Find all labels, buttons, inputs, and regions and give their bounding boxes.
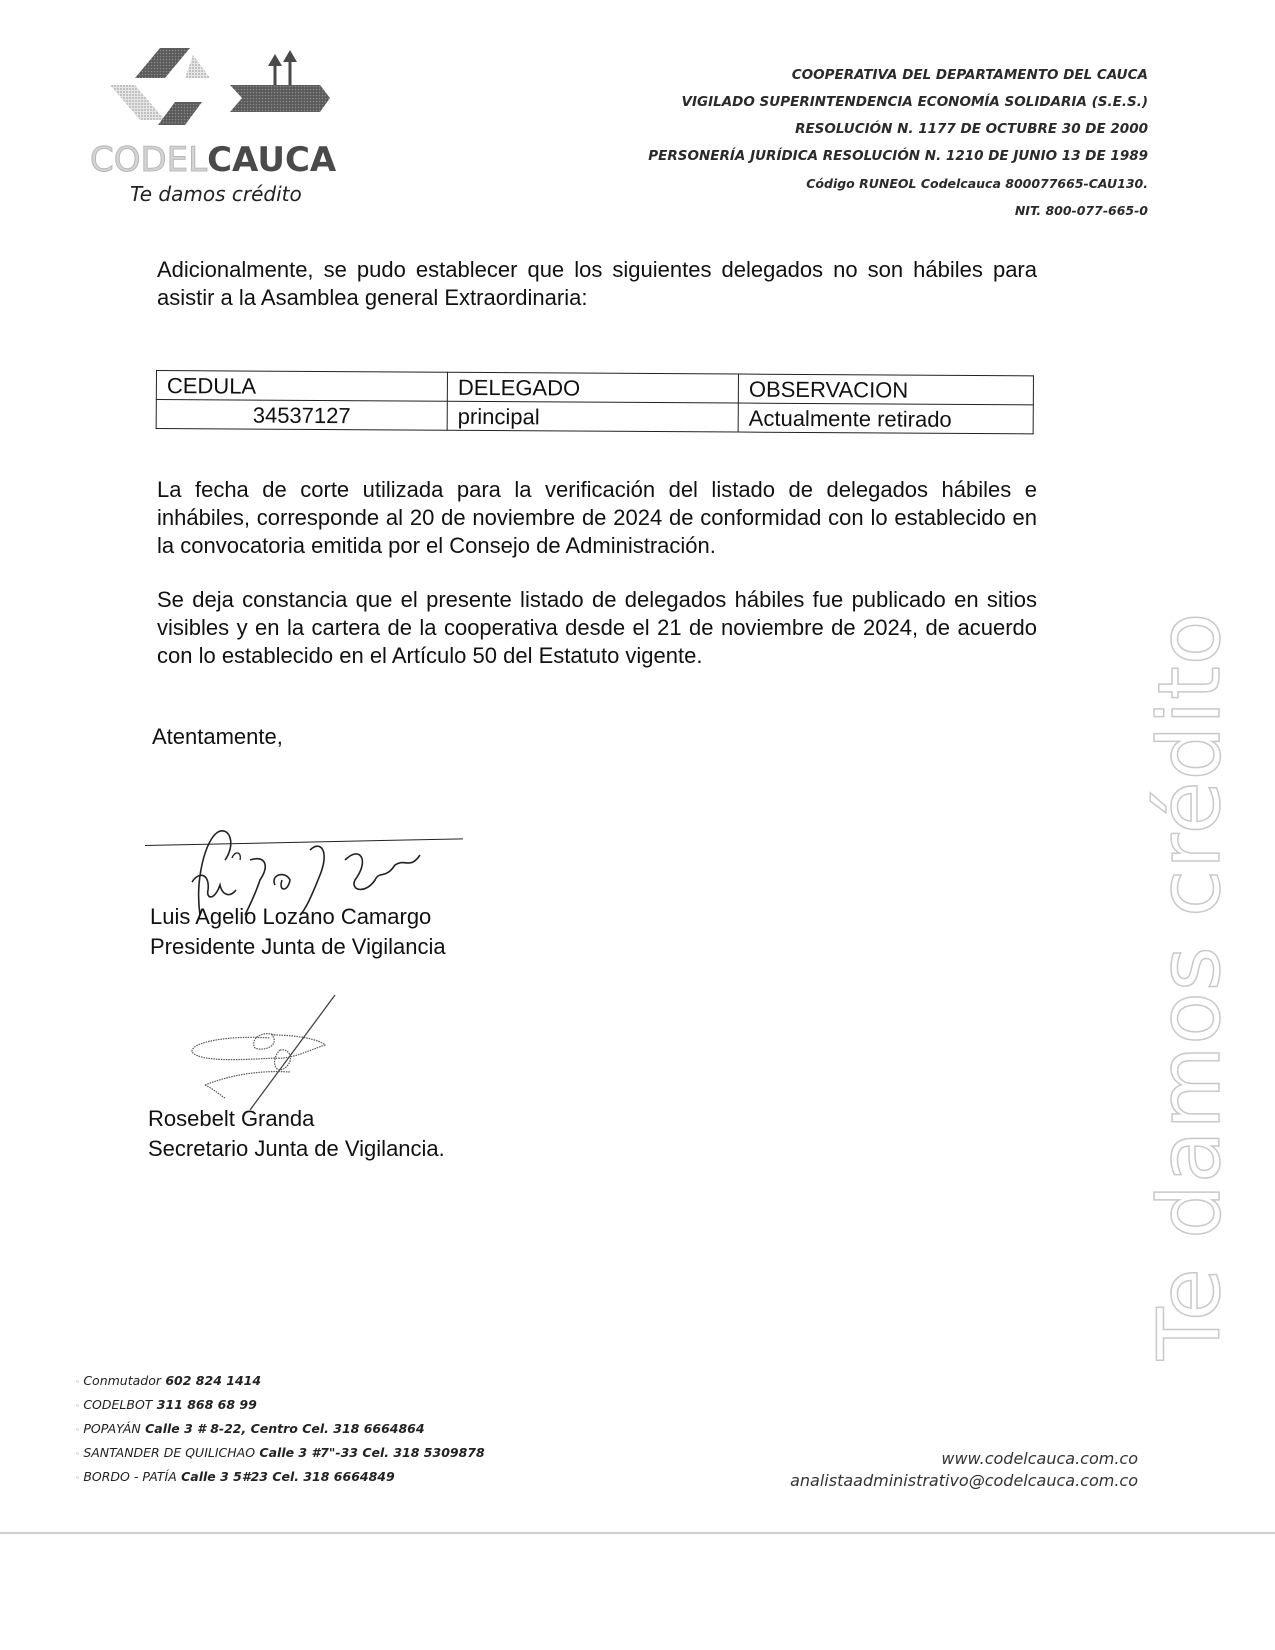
bullet-icon: ◦ [75,1378,80,1388]
signature-secretary-icon [180,990,380,1110]
signer-role: Presidente Junta de Vigilancia [150,932,446,962]
contact-item: ◦POPAYÁN Calle 3 # 8-22, Centro Cel. 318… [75,1418,485,1442]
logo-tagline: Te damos crédito [130,182,302,206]
cell-cedula: 34537127 [156,400,447,431]
column-header-delegado: DELEGADO [447,372,738,403]
intro-paragraph: Adicionalmente, se pudo establecer que l… [157,256,1037,312]
contact-label: BORDO - PATÍA [83,1469,176,1484]
footer-web-contact: www.codelcauca.com.co analistaadministra… [790,1448,1138,1492]
contact-label: SANTANDER DE QUILICHAO [83,1445,255,1460]
signer-president: Luis Agelio Lozano Camargo Presidente Ju… [150,902,446,962]
contact-value: Calle 3 # 8-22, Centro Cel. 318 6664864 [145,1421,424,1436]
closing-salutation: Atentamente, [152,724,283,750]
contact-value: 311 868 68 99 [157,1397,257,1412]
header-line: RESOLUCIÓN N. 1177 DE OCTUBRE 30 DE 2000 [648,116,1148,143]
bullet-icon: ◦ [75,1450,80,1460]
contact-value: 602 824 1414 [165,1373,261,1388]
cell-delegado: principal [447,401,738,432]
bullet-icon: ◦ [75,1474,80,1484]
bullet-icon: ◦ [75,1402,80,1412]
logo-wordmark: CODELCAUCA [90,140,336,180]
email-link[interactable]: analistaadministrativo@codelcauca.com.co [790,1470,1138,1492]
contact-item: ◦CODELBOT 311 868 68 99 [75,1394,485,1418]
contact-label: POPAYÁN [83,1421,140,1436]
header-line: Código RUNEOL Codelcauca 800077665-CAU13… [648,170,1148,197]
logo-word-light: CODEL [90,140,207,180]
contact-label: Conmutador [83,1373,161,1388]
publication-paragraph: Se deja constancia que el presente lista… [157,586,1037,670]
cutoff-date-paragraph: La fecha de corte utilizada para la veri… [157,476,1037,560]
signer-role: Secretario Junta de Vigilancia. [148,1134,445,1164]
column-header-cedula: CEDULA [156,371,447,402]
contact-label: CODELBOT [83,1397,152,1412]
contact-item: ◦Conmutador 602 824 1414 [75,1370,485,1394]
contact-value: Calle 3 #7"-33 Cel. 318 5309878 [259,1445,484,1460]
signer-name: Luis Agelio Lozano Camargo [150,902,446,932]
header-line: COOPERATIVA DEL DEPARTAMENTO DEL CAUCA [648,62,1148,89]
slogan-watermark: Te damos crédito [1140,612,1240,1360]
signer-secretary: Rosebelt Granda Secretario Junta de Vigi… [148,1104,445,1164]
page-bottom-edge [0,1532,1275,1534]
contact-item: ◦SANTANDER DE QUILICHAO Calle 3 #7"-33 C… [75,1442,485,1466]
signer-name: Rosebelt Granda [148,1104,445,1134]
header-line: VIGILADO SUPERINTENDENCIA ECONOMÍA SOLID… [648,89,1148,116]
cell-observacion: Actualmente retirado [738,403,1033,434]
logo-mark-icon [90,40,340,140]
footer-contacts: ◦Conmutador 602 824 1414 ◦CODELBOT 311 8… [75,1370,485,1490]
header-line: PERSONERÍA JURÍDICA RESOLUCIÓN N. 1210 D… [648,143,1148,170]
table-row: 34537127 principal Actualmente retirado [156,400,1033,434]
column-header-observacion: OBSERVACION [738,374,1033,405]
logo-word-dark: CAUCA [207,140,336,180]
header-line: NIT. 800-077-665-0 [648,197,1148,224]
bullet-icon: ◦ [75,1426,80,1436]
ineligible-delegates-table: CEDULA DELEGADO OBSERVACION 34537127 pri… [156,370,1034,434]
codelcauca-logo: CODELCAUCA Te damos crédito [90,40,340,210]
contact-value: Calle 3 5#23 Cel. 318 6664849 [181,1469,395,1484]
contact-item: ◦BORDO - PATÍA Calle 3 5#23 Cel. 318 666… [75,1466,485,1490]
website-link[interactable]: www.codelcauca.com.co [790,1448,1138,1470]
letterhead-info: COOPERATIVA DEL DEPARTAMENTO DEL CAUCA V… [648,62,1148,224]
